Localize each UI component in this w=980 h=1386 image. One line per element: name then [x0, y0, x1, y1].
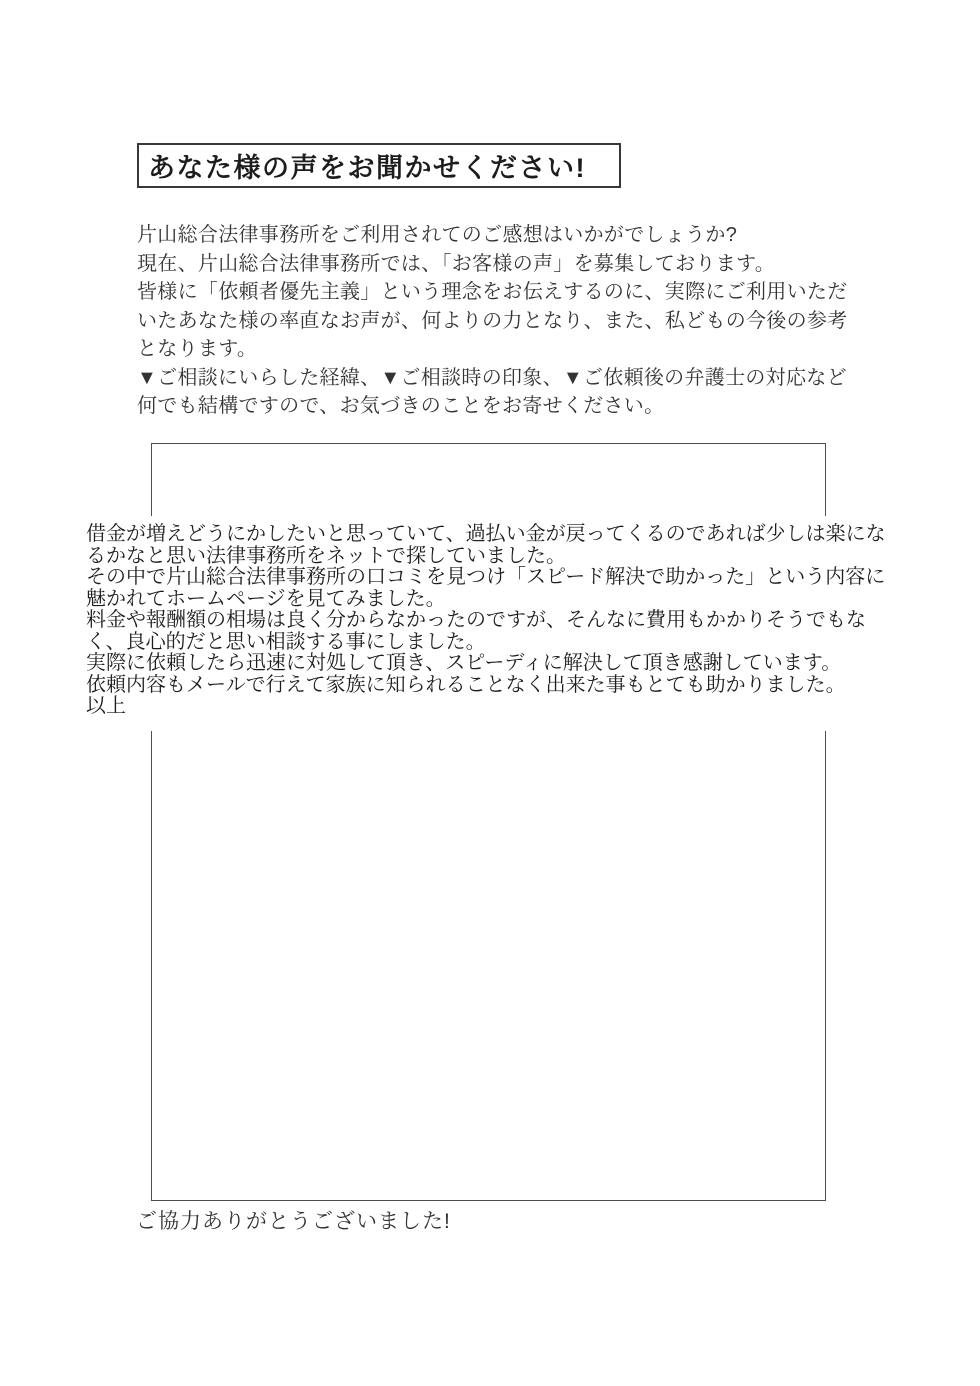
feedback-line: 以上: [86, 696, 902, 718]
intro-line: 片山総合法律事務所をご利用されてのご感想はいかがでしょうか?: [137, 221, 917, 250]
feedback-line: その中で片山総合法律事務所の口コミを見つけ「スピード解決で助かった」という内容に: [86, 567, 902, 589]
intro-line: となります。: [137, 335, 917, 364]
feedback-line: 実際に依頼したら迅速に対処して頂き、スピーディに解決して頂き感謝しています。: [86, 653, 902, 675]
intro-line: 何でも結構ですので、お気づきのことをお寄せください。: [137, 392, 917, 421]
feedback-text: 借金が増えどうにかしたいと思っていて、過払い金が戻ってくるのであれば少しは楽にな…: [84, 516, 902, 731]
feedback-line: 依頼内容もメールで行えて家族に知られることなく出来た事もとても助かりました。: [86, 675, 902, 697]
intro-line: いたあなた様の率直なお声が、何よりの力となり、また、私どもの今後の参考: [137, 307, 917, 336]
feedback-line: 魅かれてホームページを見てみました。: [86, 589, 902, 611]
intro-line: 現在、片山総合法律事務所では、「お客様の声」を募集しております。: [137, 250, 917, 279]
intro-line: 皆様に「依頼者優先主義」という理念をお伝えするのに、実際にご利用いただ: [137, 278, 917, 307]
feedback-line: るかなと思い法律事務所をネットで探していました。: [86, 546, 902, 568]
page-title: あなた様の声をお聞かせください!: [148, 146, 586, 185]
feedback-line: 借金が増えどうにかしたいと思っていて、過払い金が戻ってくるのであれば少しは楽にな: [86, 524, 902, 546]
feedback-line: 料金や報酬額の相場は良く分からなかったのですが、そんなに費用もかかりそうでもな: [86, 610, 902, 632]
feedback-line: く、良心的だと思い相談する事にしました。: [86, 632, 902, 654]
intro-line: ▼ご相談にいらした経緯、▼ご相談時の印象、▼ご依頼後の弁護士の対応など: [137, 364, 917, 393]
closing-text: ご協力ありがとうございました!: [136, 1205, 451, 1235]
title-box: あなた様の声をお聞かせください!: [137, 143, 621, 188]
intro-paragraph: 片山総合法律事務所をご利用されてのご感想はいかがでしょうか? 現在、片山総合法律…: [137, 221, 917, 421]
scanned-feedback-page: あなた様の声をお聞かせください! 片山総合法律事務所をご利用されてのご感想はいか…: [0, 0, 980, 1386]
